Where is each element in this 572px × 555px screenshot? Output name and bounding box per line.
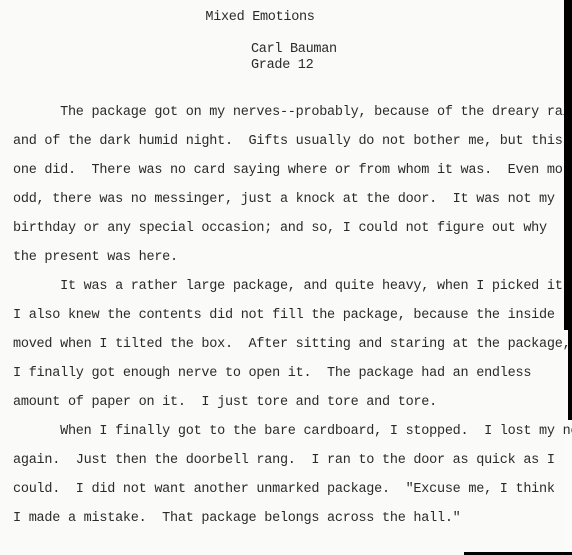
text-line: The package got on my nerves--probably, …	[13, 98, 572, 127]
text-line: I also knew the contents did not fill th…	[13, 301, 572, 330]
text-line: birthday or any special occasion; and so…	[13, 214, 572, 243]
text-line: odd, there was no messinger, just a knoc…	[13, 185, 572, 214]
text-line: could. I did not want another unmarked p…	[13, 475, 572, 504]
text-line: moved when I tilted the box. After sitti…	[13, 330, 572, 359]
document-title: Mixed Emotions	[0, 10, 542, 25]
text-line: I finally got enough nerve to open it. T…	[13, 359, 572, 388]
text-line: one did. There was no card saying where …	[13, 156, 572, 185]
text-line: It was a rather large package, and quite…	[13, 272, 572, 301]
document-page: Mixed Emotions Carl Bauman Grade 12 The …	[0, 0, 564, 555]
text-line: and of the dark humid night. Gifts usual…	[13, 127, 572, 156]
text-line: I made a mistake. That package belongs a…	[13, 504, 572, 533]
text-line: When I finally got to the bare cardboard…	[13, 417, 572, 446]
scan-border-right-lower	[568, 330, 572, 420]
scan-border-right	[564, 0, 572, 330]
author-name: Carl Bauman	[251, 42, 337, 58]
author-grade: Grade 12	[251, 58, 337, 74]
essay-body: The package got on my nerves--probably, …	[13, 98, 572, 533]
text-line: the present was here.	[13, 243, 572, 272]
author-block: Carl Bauman Grade 12	[251, 42, 337, 74]
text-line: amount of paper on it. I just tore and t…	[13, 388, 572, 417]
text-line: again. Just then the doorbell rang. I ra…	[13, 446, 572, 475]
